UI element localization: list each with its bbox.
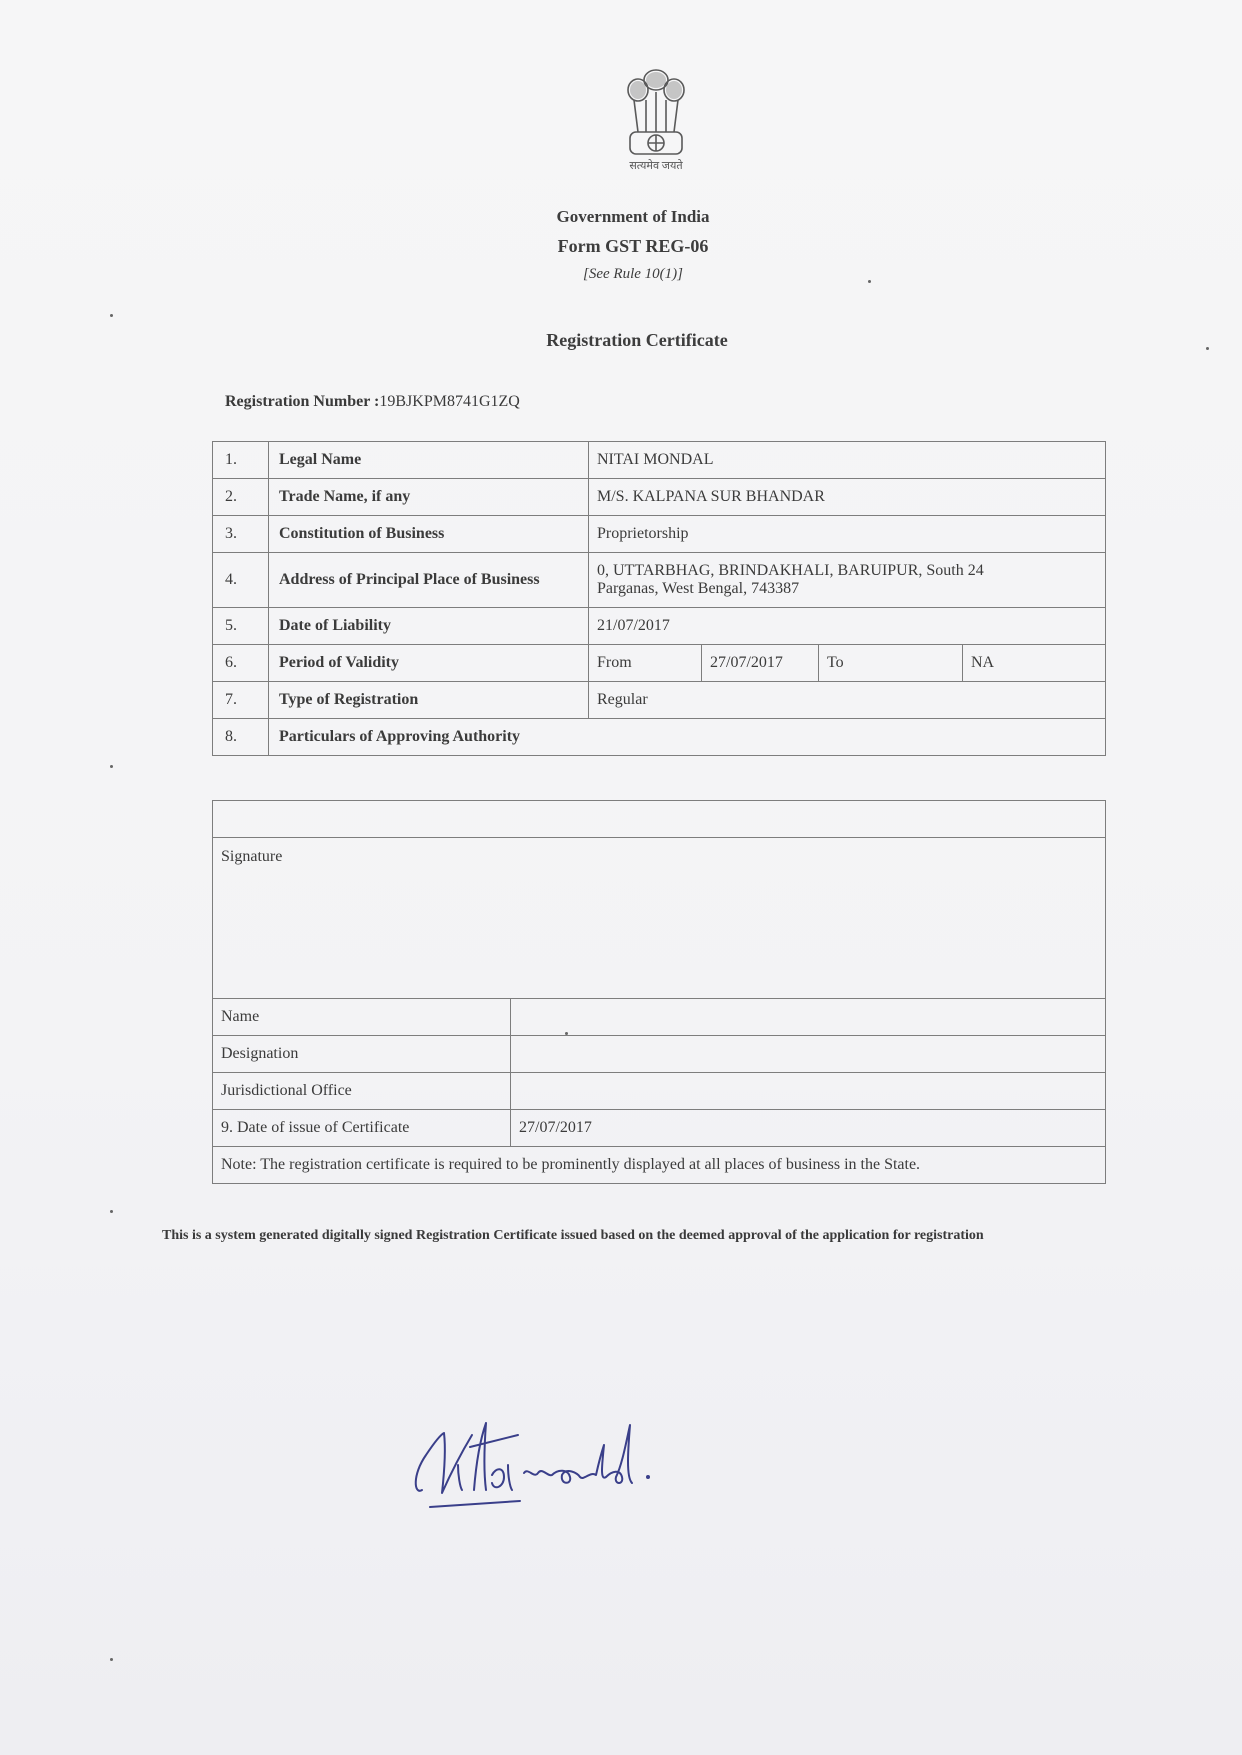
table-row: 7. Type of Registration Regular <box>213 682 1106 719</box>
form-title: Form GST REG-06 <box>12 236 1242 257</box>
table-row: 3. Constitution of Business Proprietorsh… <box>213 516 1106 553</box>
field-label: Address of Principal Place of Business <box>269 553 589 608</box>
address-line-1: 0, UTTARBHAG, BRINDAKHALI, BARUIPUR, Sou… <box>597 562 1097 580</box>
details-table: 1. Legal Name NITAI MONDAL 2. Trade Name… <box>212 441 1106 756</box>
field-label: Legal Name <box>269 442 589 479</box>
scan-speck <box>565 1032 568 1035</box>
table-row: Name <box>213 999 1106 1036</box>
legal-name-value: NITAI MONDAL <box>589 442 1106 479</box>
blank-row <box>213 801 1106 838</box>
table-row: Jurisdictional Office <box>213 1073 1106 1110</box>
system-generated-message: This is a system generated digitally sig… <box>162 1222 1102 1250</box>
table-row: 4. Address of Principal Place of Busines… <box>213 553 1106 608</box>
field-label: Period of Validity <box>269 645 589 682</box>
row-number: 7. <box>213 682 269 719</box>
validity-from-label: From <box>589 645 702 682</box>
government-heading: Government of India <box>12 207 1242 227</box>
registration-number-value: 19BJKPM8741G1ZQ <box>379 393 519 410</box>
name-value <box>511 999 1106 1036</box>
field-label: Type of Registration <box>269 682 589 719</box>
registration-type-value: Regular <box>589 682 1106 719</box>
row-number: 1. <box>213 442 269 479</box>
motto-text: सत्यमेव जयते <box>598 158 714 173</box>
field-label: Trade Name, if any <box>269 479 589 516</box>
constitution-value: Proprietorship <box>589 516 1106 553</box>
scan-speck <box>868 280 871 283</box>
issue-date-label: 9. Date of issue of Certificate <box>213 1110 511 1147</box>
row-number: 3. <box>213 516 269 553</box>
trade-name-value: M/S. KALPANA SUR BHANDAR <box>589 479 1106 516</box>
row-number: 4. <box>213 553 269 608</box>
signature-label: Signature <box>213 838 1106 999</box>
registration-number: Registration Number :19BJKPM8741G1ZQ <box>225 393 520 411</box>
liability-date-value: 21/07/2017 <box>589 608 1106 645</box>
field-label: Particulars of Approving Authority <box>269 719 1106 756</box>
row-number: 2. <box>213 479 269 516</box>
table-row: 2. Trade Name, if any M/S. KALPANA SUR B… <box>213 479 1106 516</box>
national-emblem-icon <box>620 62 692 162</box>
note-row: Note: The registration certificate is re… <box>213 1147 1106 1184</box>
name-label: Name <box>213 999 511 1036</box>
registration-number-label: Registration Number : <box>225 393 379 410</box>
designation-label: Designation <box>213 1036 511 1073</box>
scan-speck <box>1206 347 1209 350</box>
jurisdictional-office-value <box>511 1073 1106 1110</box>
approving-authority-table: Signature Name Designation Jurisdictiona… <box>212 800 1106 1184</box>
scan-speck <box>110 314 113 317</box>
address-value: 0, UTTARBHAG, BRINDAKHALI, BARUIPUR, Sou… <box>589 553 1106 608</box>
table-row: 8. Particulars of Approving Authority <box>213 719 1106 756</box>
table-row: 6. Period of Validity From 27/07/2017 To… <box>213 645 1106 682</box>
blank-cell <box>213 801 1106 838</box>
validity-from-value: 27/07/2017 <box>702 645 819 682</box>
signature-row: Signature <box>213 838 1106 999</box>
row-number: 8. <box>213 719 269 756</box>
handwritten-signature <box>400 1395 730 1515</box>
display-note: Note: The registration certificate is re… <box>213 1147 1106 1184</box>
designation-value <box>511 1036 1106 1073</box>
scan-speck <box>110 1658 113 1661</box>
field-label: Date of Liability <box>269 608 589 645</box>
validity-to-label: To <box>819 645 963 682</box>
table-row: Designation <box>213 1036 1106 1073</box>
field-label: Constitution of Business <box>269 516 589 553</box>
rule-reference: [See Rule 10(1)] <box>12 266 1242 283</box>
table-row: 5. Date of Liability 21/07/2017 <box>213 608 1106 645</box>
issue-date-value: 27/07/2017 <box>511 1110 1106 1147</box>
certificate-title: Registration Certificate <box>16 330 1242 351</box>
validity-to-value: NA <box>963 645 1106 682</box>
scan-speck <box>110 765 113 768</box>
certificate-page: सत्यमेव जयते Government of India Form GS… <box>0 0 1242 1755</box>
row-number: 6. <box>213 645 269 682</box>
row-number: 5. <box>213 608 269 645</box>
table-row: 9. Date of issue of Certificate 27/07/20… <box>213 1110 1106 1147</box>
table-row: 1. Legal Name NITAI MONDAL <box>213 442 1106 479</box>
scan-speck <box>110 1210 113 1213</box>
address-line-2: Parganas, West Bengal, 743387 <box>597 580 1097 598</box>
jurisdictional-office-label: Jurisdictional Office <box>213 1073 511 1110</box>
